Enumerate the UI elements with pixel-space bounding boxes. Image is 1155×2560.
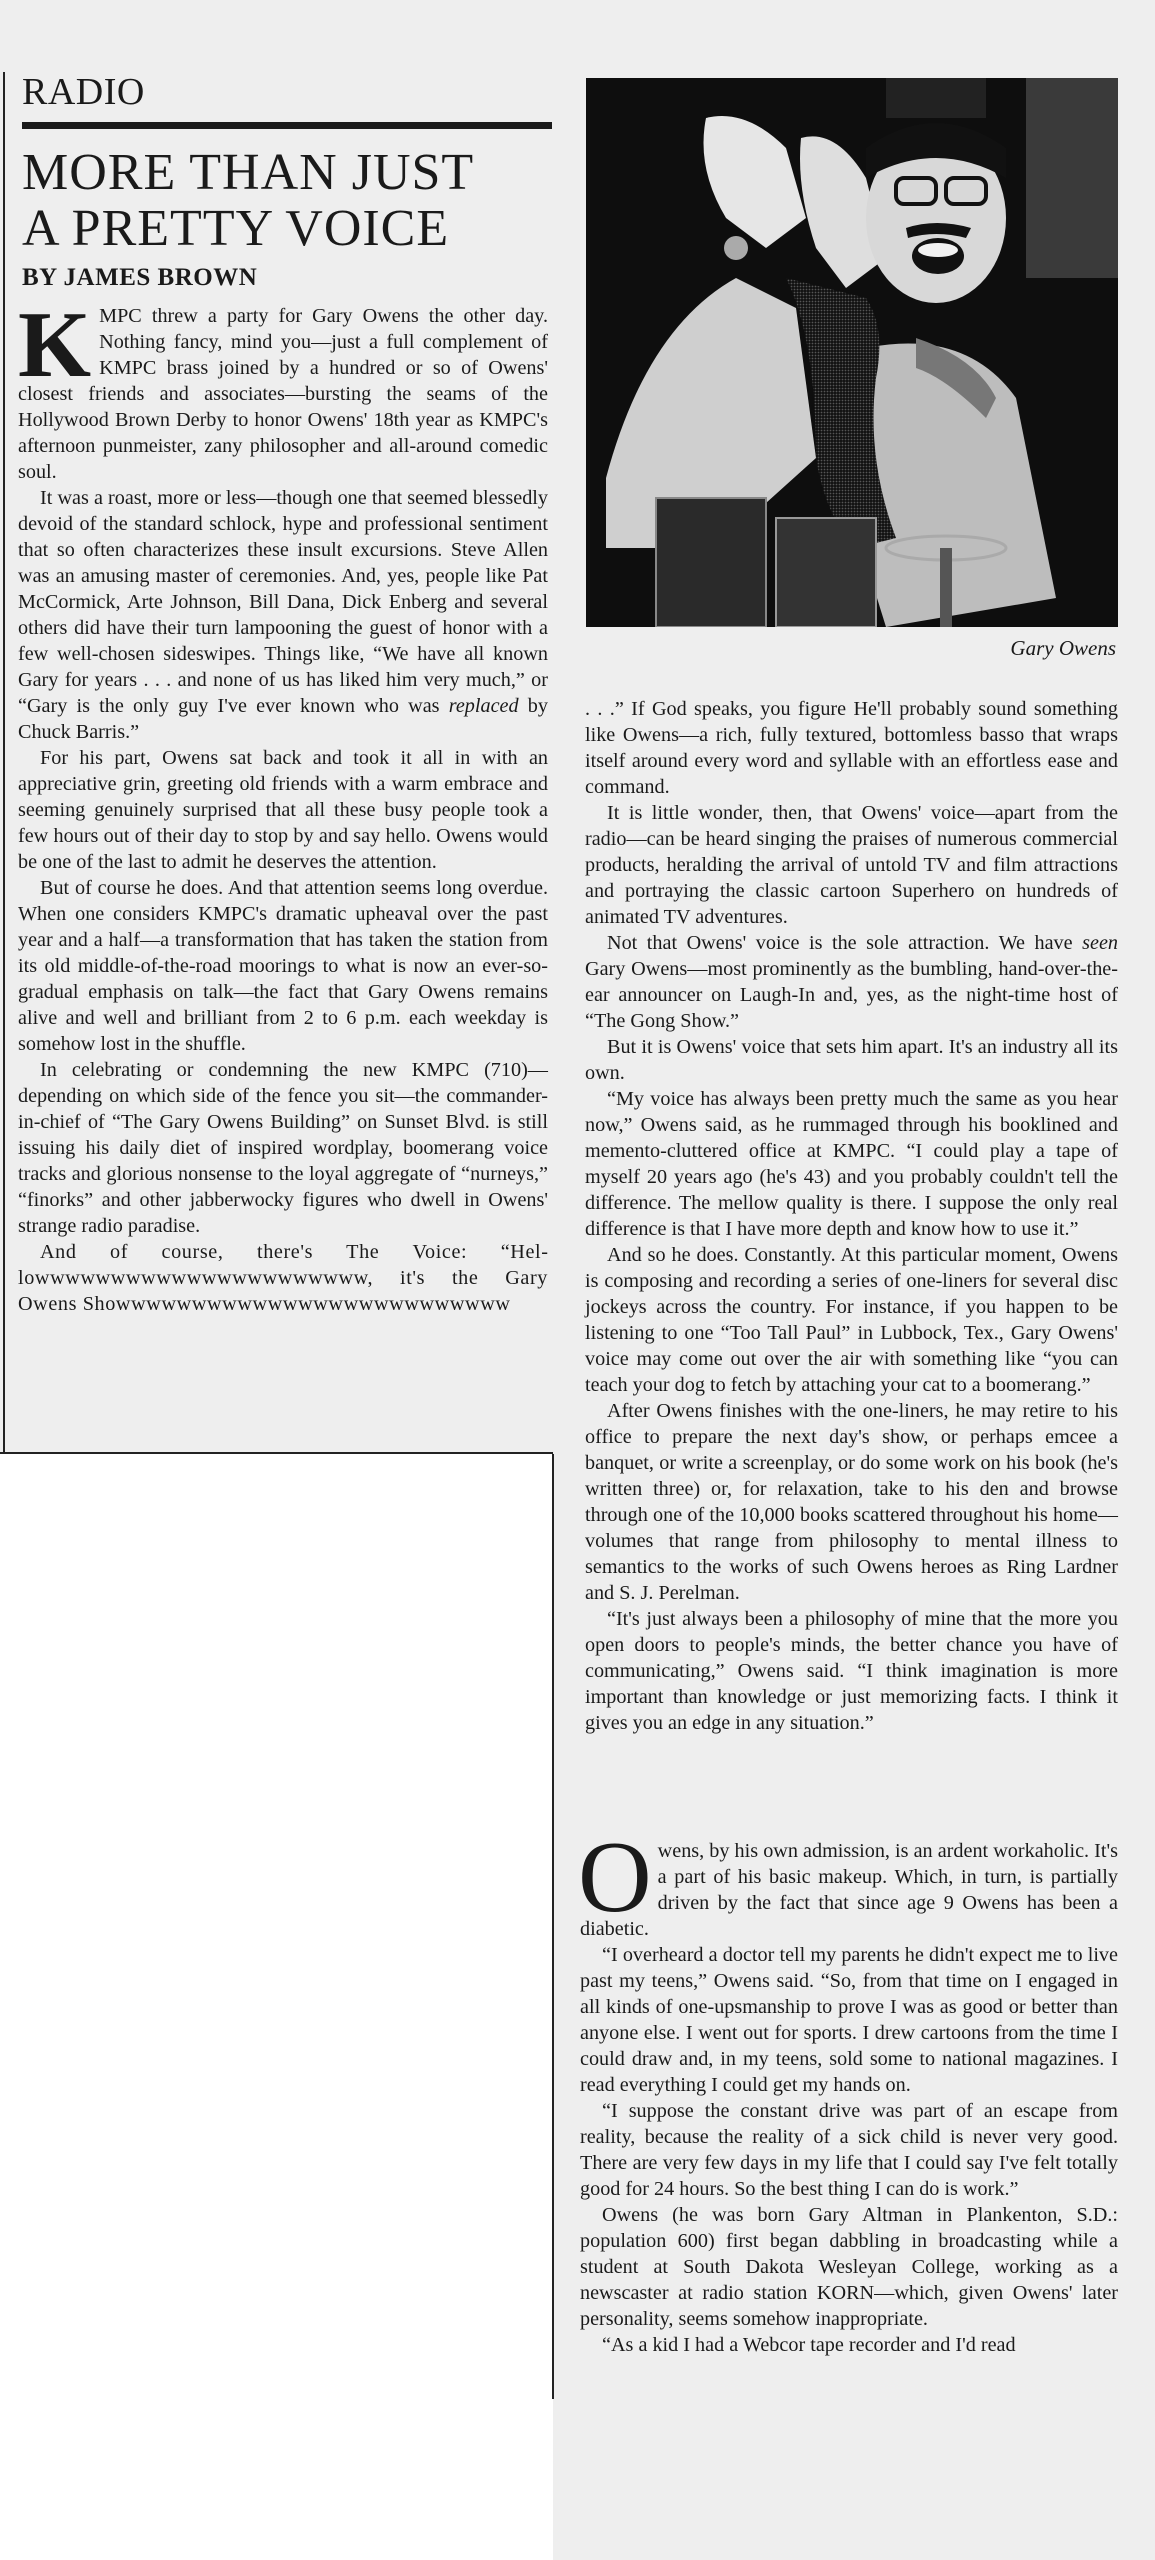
- photo-caption: Gary Owens: [586, 636, 1116, 661]
- paragraph: KMPC threw a party for Gary Owens the ot…: [18, 303, 548, 485]
- paragraph: . . .” If God speaks, you figure He'll p…: [585, 696, 1118, 800]
- paragraph: “My voice has always been pretty much th…: [585, 1086, 1118, 1242]
- headline-line-1: MORE THAN JUST: [22, 144, 474, 201]
- drop-cap: K: [18, 307, 91, 383]
- paragraph: Owens, by his own admission, is an arden…: [580, 1838, 1118, 1942]
- paragraph: And of course, there's The Voice: “Hel­l…: [18, 1239, 548, 1317]
- article-body-left: KMPC threw a party for Gary Owens the ot…: [18, 303, 548, 1317]
- paragraph: But it is Owens' voice that sets him apa…: [585, 1034, 1118, 1086]
- paragraph: “It's just always been a philosophy of m…: [585, 1606, 1118, 1736]
- paragraph: It is little wonder, then, that Owens' v…: [585, 800, 1118, 930]
- paragraph: “I suppose the constant drive was part o…: [580, 2098, 1118, 2202]
- section-rule: [22, 122, 552, 129]
- paragraph: After Owens finishes with the one-liners…: [585, 1398, 1118, 1606]
- photo-image: [586, 78, 1118, 627]
- left-column: RADIO MORE THAN JUST A PRETTY VOICE BY J…: [18, 60, 548, 1317]
- article-body-right: . . .” If God speaks, you figure He'll p…: [585, 696, 1118, 1736]
- paragraph: “As a kid I had a Webcor tape recorder a…: [580, 2332, 1118, 2358]
- paragraph: And so he does. Constantly. At this part…: [585, 1242, 1118, 1398]
- paragraph: In celebrating or condemning the new KMP…: [18, 1057, 548, 1239]
- left-column-border: [3, 72, 5, 1452]
- headline: MORE THAN JUST A PRETTY VOICE: [22, 145, 548, 257]
- photo-gary-owens: [586, 78, 1118, 627]
- byline: BY JAMES BROWN: [22, 261, 548, 295]
- paragraph: Owens (he was born Gary Altman in Planke…: [580, 2202, 1118, 2332]
- headline-line-2: A PRETTY VOICE: [22, 200, 449, 257]
- paragraph: But of course he does. And that attentio…: [18, 875, 548, 1057]
- article-body-right-continued: Owens, by his own admission, is an arden…: [580, 1838, 1118, 2358]
- blank-region: [0, 1452, 553, 2560]
- drop-cap: O: [578, 1840, 652, 1916]
- column-divider: [552, 1454, 554, 2399]
- paragraph: For his part, Owens sat back and took it…: [18, 745, 548, 875]
- paragraph: Not that Owens' voice is the sole attrac…: [585, 930, 1118, 1034]
- paragraph: “I overheard a doctor tell my parents he…: [580, 1942, 1118, 2098]
- paragraph: It was a roast, more or less—though one …: [18, 485, 548, 745]
- section-label: RADIO: [22, 68, 548, 116]
